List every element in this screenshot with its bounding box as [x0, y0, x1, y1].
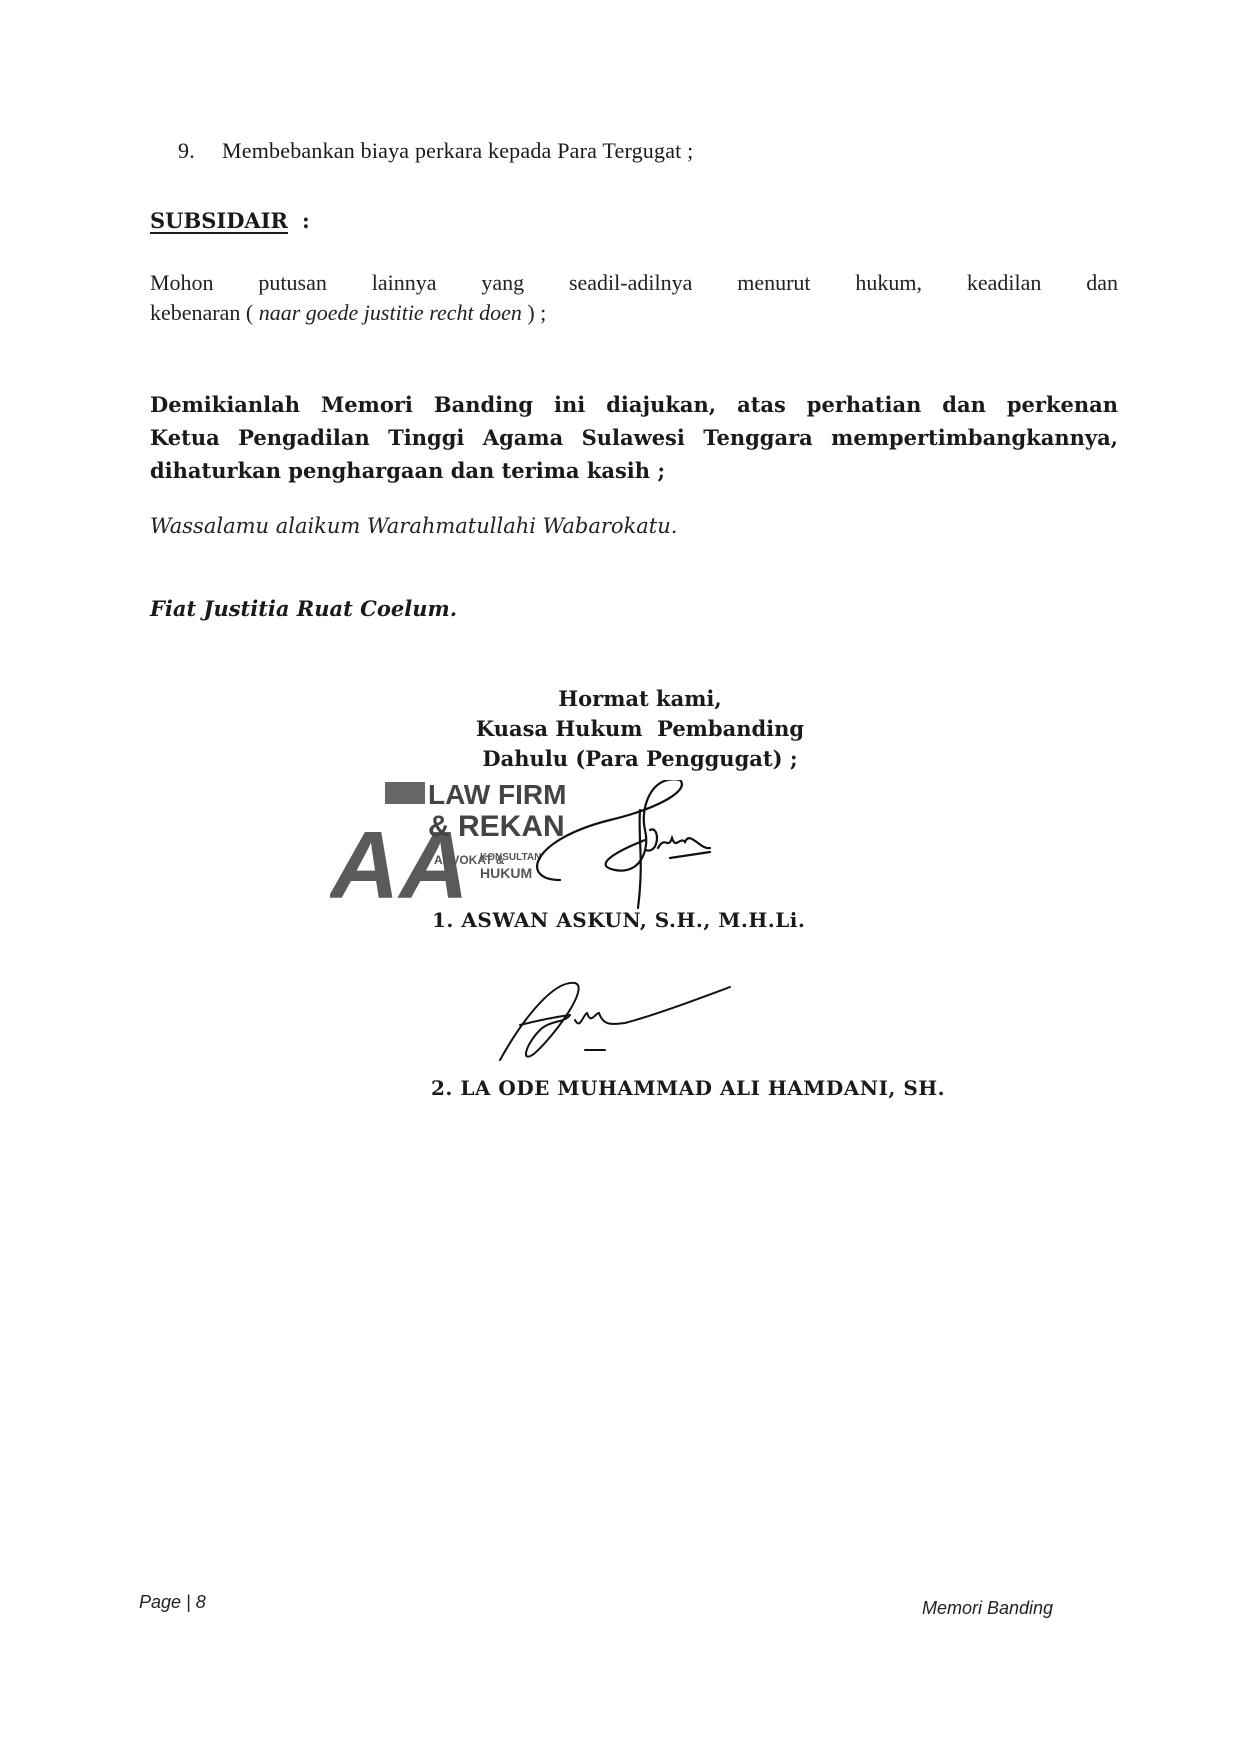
subsidair-line-2-prefix: kebenaran (	[150, 300, 259, 325]
closing-paragraph: Demikianlah Memori Banding ini diajukan,…	[150, 388, 1118, 487]
signature-heading-line-3: Dahulu (Para Penggugat) ;	[400, 744, 880, 774]
subsidair-line-2-suffix: ) ;	[522, 300, 546, 325]
document-title-footer: Memori Banding	[922, 1598, 1053, 1619]
signer-1-number: 1.	[432, 908, 454, 932]
page-number: Page | 8	[139, 1592, 206, 1613]
closing-line-1: Demikianlah Memori Banding ini diajukan,…	[150, 388, 1118, 421]
signer-1-name: ASWAN ASKUN, S.H., M.H.Li.	[461, 908, 805, 932]
motto: Fiat Justitia Ruat Coelum.	[150, 596, 457, 621]
salutation: Wassalamu alaikum Warahmatullahi Wabarok…	[150, 514, 677, 538]
signer-1: 1. ASWAN ASKUN, S.H., M.H.Li.	[432, 908, 805, 932]
closing-line-2: Ketua Pengadilan Tinggi Agama Sulawesi T…	[150, 421, 1118, 454]
signature-heading-line-2: Kuasa Hukum Pembanding	[400, 714, 880, 744]
latin-phrase: naar goede justitie recht doen	[259, 300, 522, 325]
list-item-text: Membebankan biaya perkara kepada Para Te…	[222, 138, 694, 163]
list-item-number: 9.	[178, 138, 222, 164]
signature-heading: Hormat kami, Kuasa Hukum Pembanding Dahu…	[400, 684, 880, 774]
signer-2-number: 2.	[431, 1076, 453, 1100]
subsidair-line-2: kebenaran ( naar goede justitie recht do…	[150, 300, 546, 325]
subsidair-title: SUBSIDAIR	[150, 208, 288, 233]
subsidair-line-1: Mohon putusan lainnya yang seadil-adilny…	[150, 268, 1118, 298]
signer-2-name: LA ODE MUHAMMAD ALI HAMDANI, SH.	[460, 1076, 945, 1100]
signer-2: 2. LA ODE MUHAMMAD ALI HAMDANI, SH.	[431, 1076, 945, 1100]
list-item-9: 9.Membebankan biaya perkara kepada Para …	[178, 138, 694, 164]
subsidair-paragraph: Mohon putusan lainnya yang seadil-adilny…	[150, 268, 1118, 328]
subsidair-heading: SUBSIDAIR:	[150, 208, 310, 233]
signature-2	[495, 975, 745, 1070]
signature-1	[520, 780, 740, 910]
closing-line-3: dihaturkan penghargaan dan terima kasih …	[150, 454, 1118, 487]
signature-heading-line-1: Hormat kami,	[400, 684, 880, 714]
subsidair-colon: :	[302, 208, 310, 233]
